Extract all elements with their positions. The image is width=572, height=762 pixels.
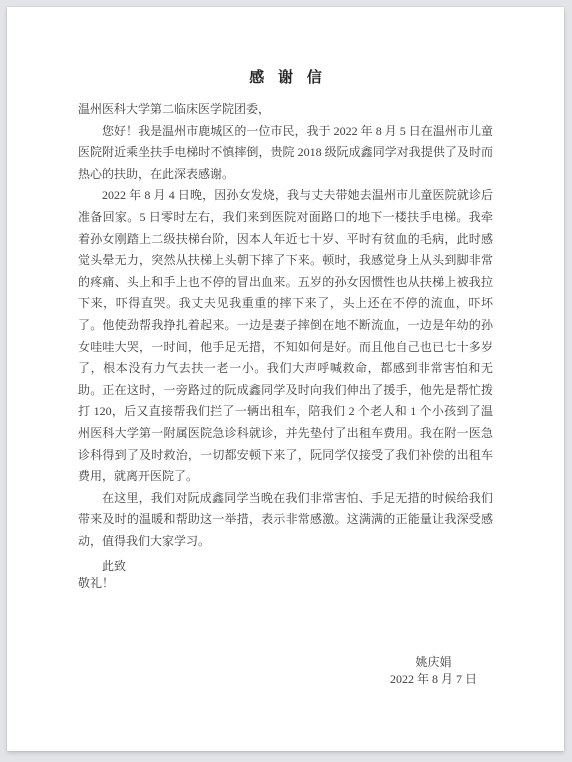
paragraph-intro: 您好！我是温州市鹿城区的一位市民，我于 2022 年 8 月 5 日在温州市儿童… — [78, 121, 493, 186]
signature-block: 姚庆娟 2022 年 8 月 7 日 — [390, 654, 477, 688]
letter-title: 感 谢 信 — [78, 69, 493, 87]
paragraph-gratitude: 在这里，我们对阮成鑫同学当晚在我们非常害怕、手足无措的时候给我们带来及时的温暖和… — [78, 488, 493, 553]
letter-body: 温州医科大学第二临床医学院团委， 您好！我是温州市鹿城区的一位市民，我于 202… — [78, 99, 493, 688]
letter-sheet: 感 谢 信 温州医科大学第二临床医学院团委， 您好！我是温州市鹿城区的一位市民，… — [7, 7, 564, 751]
closing-block: 此致 敬礼！ — [78, 558, 493, 592]
paragraph-incident: 2022 年 8 月 4 日晚，因孙女发烧，我与丈夫带她去温州市儿童医院就诊后准… — [78, 185, 493, 487]
closing-respectfully: 此致 — [78, 558, 493, 575]
salutation-line: 温州医科大学第二临床医学院团委， — [78, 99, 493, 121]
closing-salute: 敬礼！ — [78, 575, 493, 592]
signature-date: 2022 年 8 月 7 日 — [390, 671, 477, 688]
page-background: { "letter": { "title": "感 谢 信", "salutat… — [0, 0, 572, 762]
signature-name: 姚庆娟 — [390, 654, 477, 671]
